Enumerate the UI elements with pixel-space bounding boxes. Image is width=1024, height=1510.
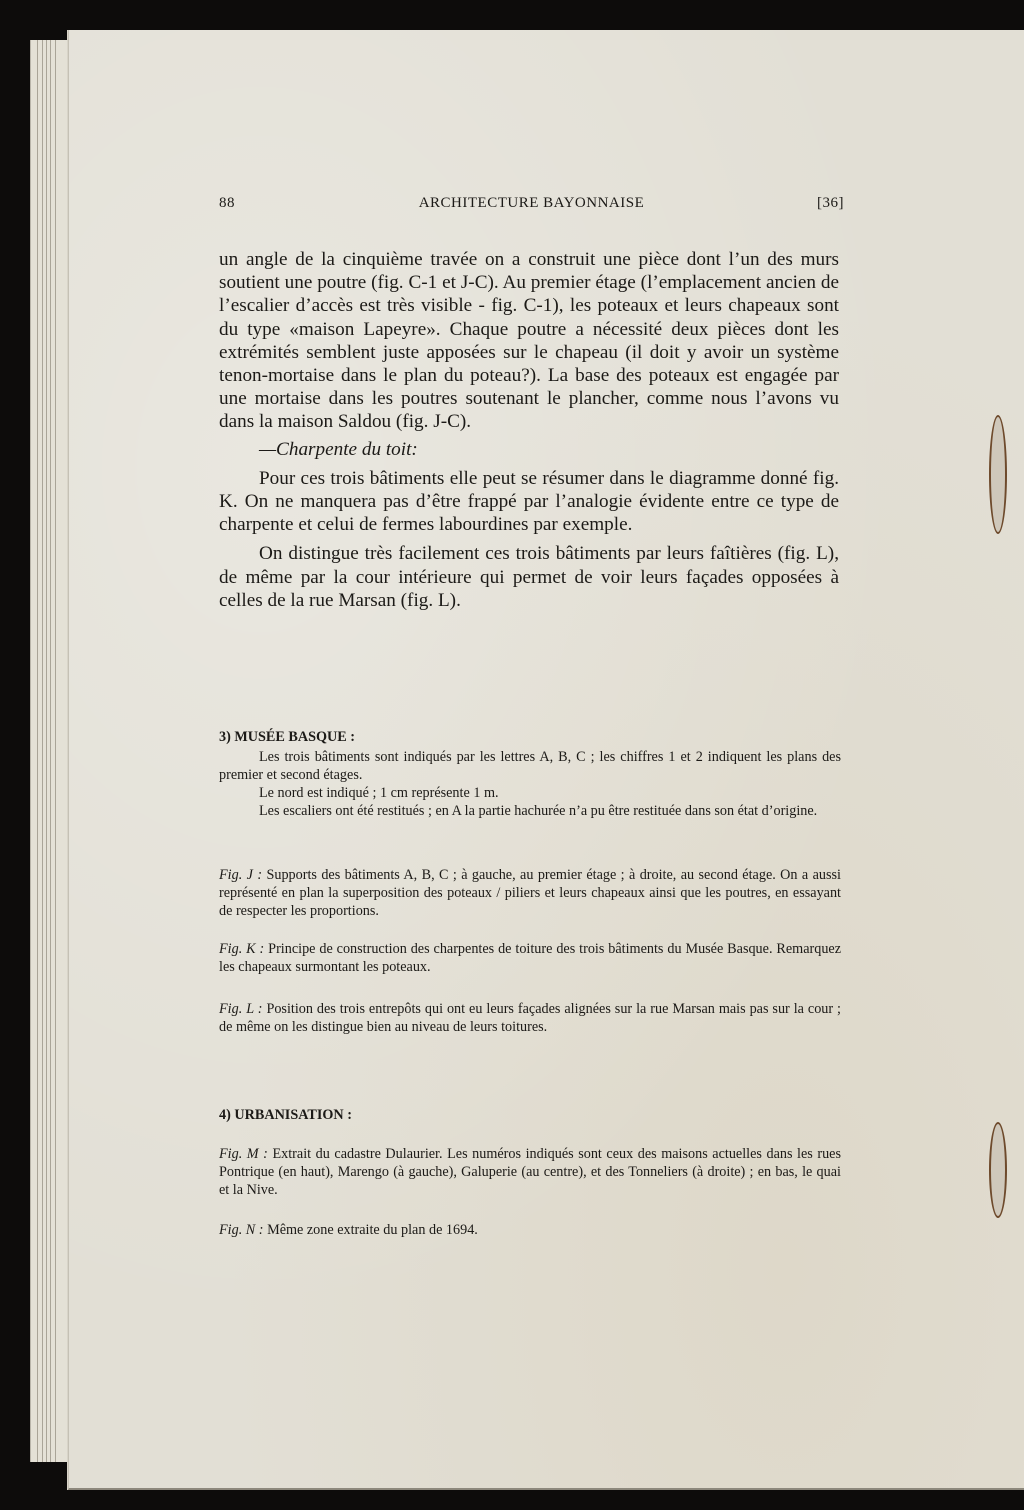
figure-text: Même zone extraite du plan de 1694. — [264, 1222, 478, 1238]
page-edge — [50, 40, 51, 1462]
section-ref: [36] — [817, 195, 844, 212]
figure-label: Fig. L : — [219, 1001, 263, 1017]
paragraph: Pour ces trois bâtiments elle peut se ré… — [219, 467, 839, 537]
figure-caption-m: Fig. M : Extrait du cadastre Dulaurier. … — [219, 1145, 841, 1199]
body-text: un angle de la cinquième travée on a con… — [219, 248, 839, 612]
subheading: —Charpente du toit: — [219, 438, 839, 461]
page-edge — [42, 40, 43, 1462]
figure-caption-l: Fig. L : Position des trois entrepôts qu… — [219, 1000, 841, 1036]
paragraph: un angle de la cinquième travée on a con… — [219, 248, 839, 434]
note-line: Le nord est indiqué ; 1 cm représente 1 … — [219, 784, 841, 802]
note-line: Les escaliers ont été restitués ; en A l… — [219, 802, 841, 820]
figure-text: Supports des bâtiments A, B, C ; à gauch… — [219, 867, 841, 919]
figure-text: Position des trois entrepôts qui ont eu … — [219, 1001, 841, 1035]
figure-caption-n: Fig. N : Même zone extraite du plan de 1… — [219, 1221, 841, 1239]
section-heading: 4) URBANISATION : — [219, 1106, 841, 1124]
binding-tear-icon — [989, 1122, 1007, 1218]
page-edge — [46, 40, 47, 1462]
figure-caption-k: Fig. K : Principe de construction des ch… — [219, 940, 841, 976]
figure-label: Fig. M : — [219, 1146, 268, 1162]
note-line: Les trois bâtiments sont indiqués par le… — [219, 748, 841, 784]
section-musee-basque: 3) MUSÉE BASQUE : Les trois bâtiments so… — [219, 728, 841, 820]
figure-label: Fig. J : — [219, 867, 262, 883]
page-edge — [37, 40, 38, 1462]
figure-text: Principe de construction des charpentes … — [219, 941, 841, 975]
figure-label: Fig. K : — [219, 941, 264, 957]
figure-caption-j: Fig. J : Supports des bâtiments A, B, C … — [219, 866, 841, 920]
figure-text: Extrait du cadastre Dulaurier. Les numér… — [219, 1146, 841, 1198]
book-page: 88 ARCHITECTURE BAYONNAISE [36] un angle… — [68, 30, 1024, 1490]
binding-tear-icon — [989, 415, 1007, 534]
running-title: ARCHITECTURE BAYONNAISE — [219, 195, 844, 212]
section-urbanisation: 4) URBANISATION : — [219, 1106, 841, 1126]
paragraph: On distingue très facilement ces trois b… — [219, 542, 839, 612]
page-edge — [55, 40, 56, 1462]
figure-label: Fig. N : — [219, 1222, 264, 1238]
section-heading: 3) MUSÉE BASQUE : — [219, 728, 841, 746]
